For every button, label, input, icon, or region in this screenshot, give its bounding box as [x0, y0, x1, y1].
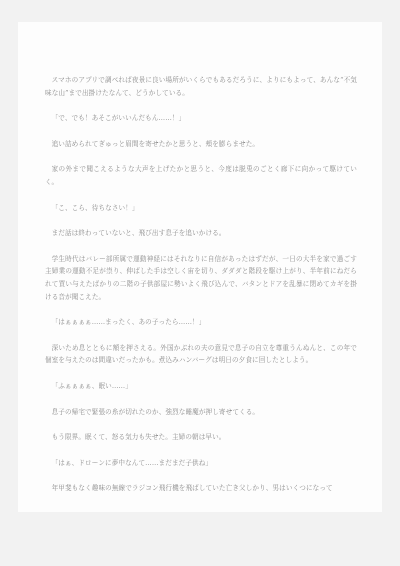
paragraph-narration: まだ話は終わっていないと、飛び出す息子を追いかける。: [45, 227, 357, 240]
page-backdrop: スマホのアプリで調べれば夜景に良い場所がいくらでもあるだろうに、よりにもよって、…: [0, 0, 400, 566]
paragraph-narration-cutoff: 年甲斐もなく趣味の無線でラジコン飛行機を飛ばしていた亡き父しかり、男はいくつにな…: [45, 482, 357, 495]
paragraph-narration: 学生時代はバレー部所属で運動神経にはそれなりに自信があったはずだが、一日の大半を…: [45, 253, 357, 303]
paragraph-narration: 息子の帰宅で緊張の糸が切れたのか、強烈な睡魔が押し寄せてくる。: [45, 406, 357, 419]
novel-page: スマホのアプリで調べれば夜景に良い場所がいくらでもあるだろうに、よりにもよって、…: [18, 22, 382, 512]
paragraph-narration: 家の外まで聞こえるような大声を上げたかと思うと、今度は脱兎のごとく廊下に向かって…: [45, 163, 357, 188]
novel-text-block: スマホのアプリで調べれば夜景に良い場所がいくらでもあるだろうに、よりにもよって、…: [45, 74, 357, 495]
paragraph-dialogue: 「ふぁぁぁぁ、眠い……」: [45, 380, 357, 393]
paragraph-dialogue: 「で、でも！あそこがいいんだもん……！」: [45, 112, 357, 125]
paragraph-dialogue: 「こ、こら、待ちなさい！」: [45, 202, 357, 215]
paragraph-narration: 深いため息とともに額を押さえる。外国かぶれの夫の意見で息子の自立を尊重うんぬんと…: [45, 342, 357, 367]
paragraph-narration: 追い詰められてぎゅっと眉間を寄せたかと思うと、頬を膨らませた。: [45, 138, 357, 151]
paragraph-narration: もう限界。眠くて、怒る気力も失せた。主婦の朝は早い。: [45, 431, 357, 444]
paragraph-narration: スマホのアプリで調べれば夜景に良い場所がいくらでもあるだろうに、よりにもよって、…: [45, 74, 357, 99]
paragraph-dialogue: 「はぁ、ドローンに夢中なんて……まだまだ子供ね」: [45, 457, 357, 470]
paragraph-dialogue: 「はぁぁぁぁ……まったく、あの子ったら……！」: [45, 316, 357, 329]
